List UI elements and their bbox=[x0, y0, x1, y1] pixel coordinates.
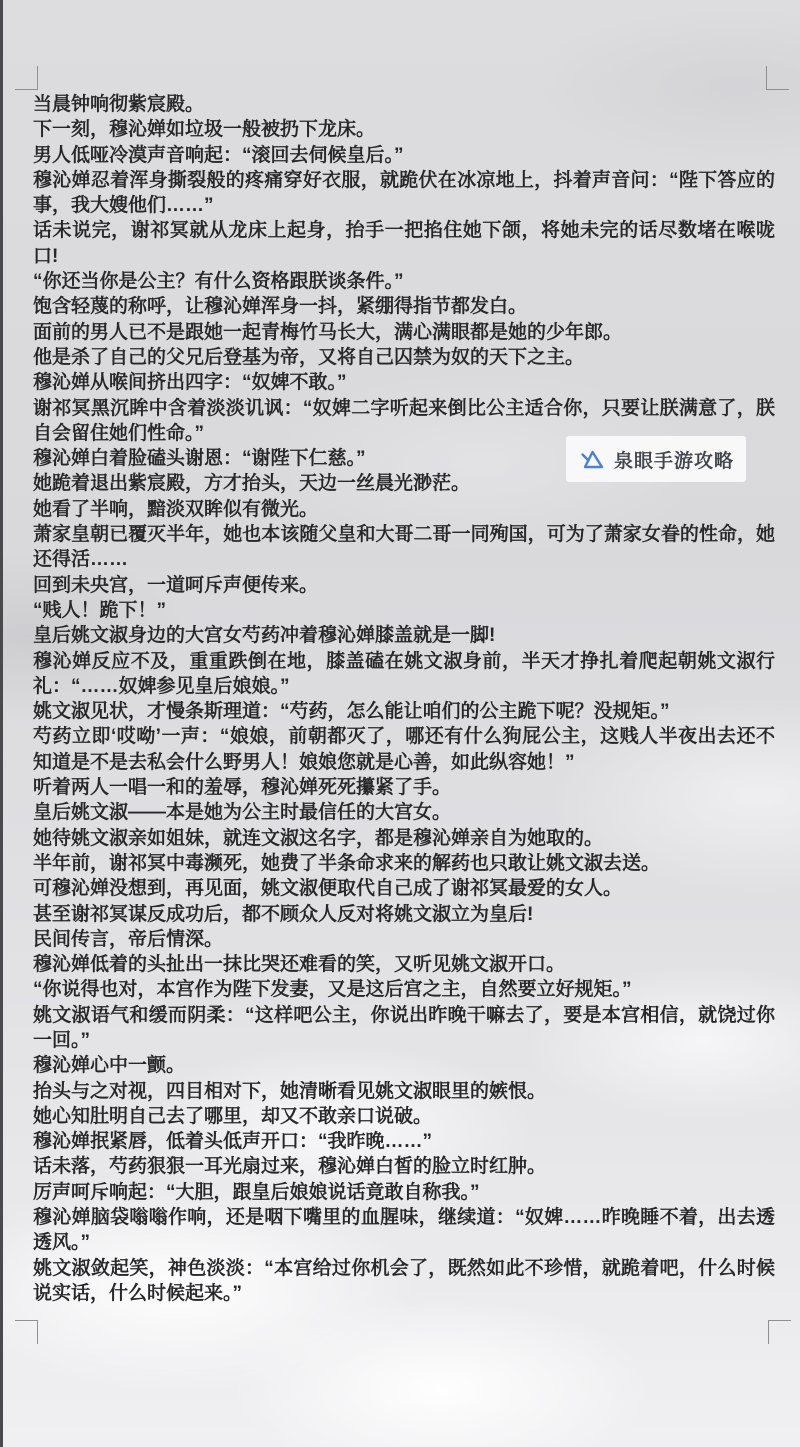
paragraph: 抬头与之对视，四目相对下，她清晰看见姚文淑眼里的嫉恨。 bbox=[33, 1079, 775, 1104]
paragraph: 话未落，芍药狠狠一耳光扇过来，穆沁婵白皙的脸立时红肿。 bbox=[33, 1154, 775, 1179]
paragraph: 民间传言，帝后情深。 bbox=[33, 927, 775, 952]
paragraph: 话未说完，谢祁冥就从龙床上起身，抬手一把掐住她下颌，将她未完的话尽数堵在喉咙口! bbox=[33, 218, 775, 269]
paragraph: 姚文淑见状，才慢条斯理道：“芍药，怎么能让咱们的公主跪下呢？没规矩。” bbox=[33, 699, 775, 724]
paragraph: 穆沁婵脑袋嗡嗡作响，还是咽下嘴里的血腥味，继续道：“奴婢……昨晚睡不着，出去透透… bbox=[33, 1205, 775, 1256]
text-boundary-mark-top-right bbox=[766, 66, 789, 90]
paragraph: 姚文淑敛起笑，神色淡淡：“本宫给过你机会了，既然如此不珍惜，就跪着吧，什么时候说… bbox=[33, 1256, 775, 1307]
paragraph: 她待姚文淑亲如姐妹，就连文淑这名字，都是穆沁婵亲自为她取的。 bbox=[33, 826, 775, 851]
paragraph: 穆沁婵抿紧唇，低着头低声开口：“我昨晚……” bbox=[33, 1129, 775, 1154]
paragraph: 下一刻，穆沁婵如垃圾一般被扔下龙床。 bbox=[33, 117, 775, 142]
paragraph: 厉声呵斥响起：“大胆，跟皇后娘娘说话竟敢自称我。” bbox=[33, 1180, 775, 1205]
paragraph: 半年前，谢祁冥中毒濒死，她费了半条命求来的解药也只敢让姚文淑去送。 bbox=[33, 851, 775, 876]
paragraph: 当晨钟响彻紫宸殿。 bbox=[33, 92, 775, 117]
text-boundary-mark-bottom-right bbox=[768, 1320, 791, 1344]
paragraph: 皇后姚文淑——本是她为公主时最信任的大宫女。 bbox=[33, 800, 775, 825]
paragraph: 面前的男人已不是跟她一起青梅竹马长大，满心满眼都是她的少年郎。 bbox=[33, 320, 775, 345]
watermark-badge: 泉眼手游攻略 bbox=[566, 436, 746, 482]
text-boundary-mark-top-left bbox=[15, 66, 38, 90]
paragraph: 他是杀了自己的父兄后登基为帝，又将自己囚禁为奴的天下之主。 bbox=[33, 345, 775, 370]
novel-page: 当晨钟响彻紫宸殿。 下一刻，穆沁婵如垃圾一般被扔下龙床。 男人低哑冷漠声音响起：… bbox=[0, 0, 800, 1447]
paragraph: 饱含轻蔑的称呼，让穆沁婵浑身一抖，紧绷得指节都发白。 bbox=[33, 294, 775, 319]
watermark-text: 泉眼手游攻略 bbox=[614, 446, 734, 473]
paragraph: 甚至谢祁冥谋反成功后，都不顾众人反对将姚文淑立为皇后! bbox=[33, 902, 775, 927]
quanyan-triangle-logo-icon bbox=[579, 446, 605, 472]
paragraph: 穆沁婵忍着浑身撕裂般的疼痛穿好衣服，就跪伏在冰凉地上，抖着声音问：“陛下答应的事… bbox=[33, 168, 775, 219]
text-boundary-mark-bottom-left bbox=[15, 1320, 38, 1344]
paragraph: “你说得也对，本宫作为陛下发妻，又是这后宫之主，自然要立好规矩。” bbox=[33, 977, 775, 1002]
paragraph: “贱人！跪下！” bbox=[33, 598, 775, 623]
paragraph: 穆沁婵反应不及，重重跌倒在地，膝盖磕在姚文淑身前，半天才挣扎着爬起朝姚文淑行礼：… bbox=[33, 649, 775, 700]
paragraph: 回到未央宫，一道呵斥声便传来。 bbox=[33, 573, 775, 598]
paragraph: 芍药立即‘哎呦’一声：“娘娘，前朝都灭了，哪还有什么狗屁公主，这贱人半夜出去还不… bbox=[33, 724, 775, 775]
paragraph: 皇后姚文淑身边的大宫女芍药冲着穆沁婵膝盖就是一脚! bbox=[33, 623, 775, 648]
novel-text-body: 当晨钟响彻紫宸殿。 下一刻，穆沁婵如垃圾一般被扔下龙床。 男人低哑冷漠声音响起：… bbox=[33, 92, 775, 1306]
paragraph: 萧家皇朝已覆灭半年，她也本该随父皇和大哥二哥一同殉国，可为了萧家女眷的性命，她还… bbox=[33, 522, 775, 573]
paragraph: 姚文淑语气和缓而阴柔：“这样吧公主，你说出昨晚干嘛去了，要是本宫相信，就饶过你一… bbox=[33, 1003, 775, 1054]
paragraph: 穆沁婵心中一颤。 bbox=[33, 1053, 775, 1078]
paragraph: 穆沁婵从喉间挤出四字：“奴婢不敢。” bbox=[33, 370, 775, 395]
paragraph: 她心知肚明自己去了哪里，却又不敢亲口说破。 bbox=[33, 1104, 775, 1129]
paragraph: 她看了半响，黯淡双眸似有微光。 bbox=[33, 497, 775, 522]
paragraph: 听着两人一唱一和的羞辱，穆沁婵死死攥紧了手。 bbox=[33, 775, 775, 800]
paragraph: 可穆沁婵没想到，再见面，姚文淑便取代自己成了谢祁冥最爱的女人。 bbox=[33, 876, 775, 901]
paragraph: “你还当你是公主？有什么资格跟朕谈条件。” bbox=[33, 269, 775, 294]
paragraph: 穆沁婵低着的头扯出一抹比哭还难看的笑，又听见姚文淑开口。 bbox=[33, 952, 775, 977]
paragraph: 男人低哑冷漠声音响起：“滚回去伺候皇后。” bbox=[33, 143, 775, 168]
